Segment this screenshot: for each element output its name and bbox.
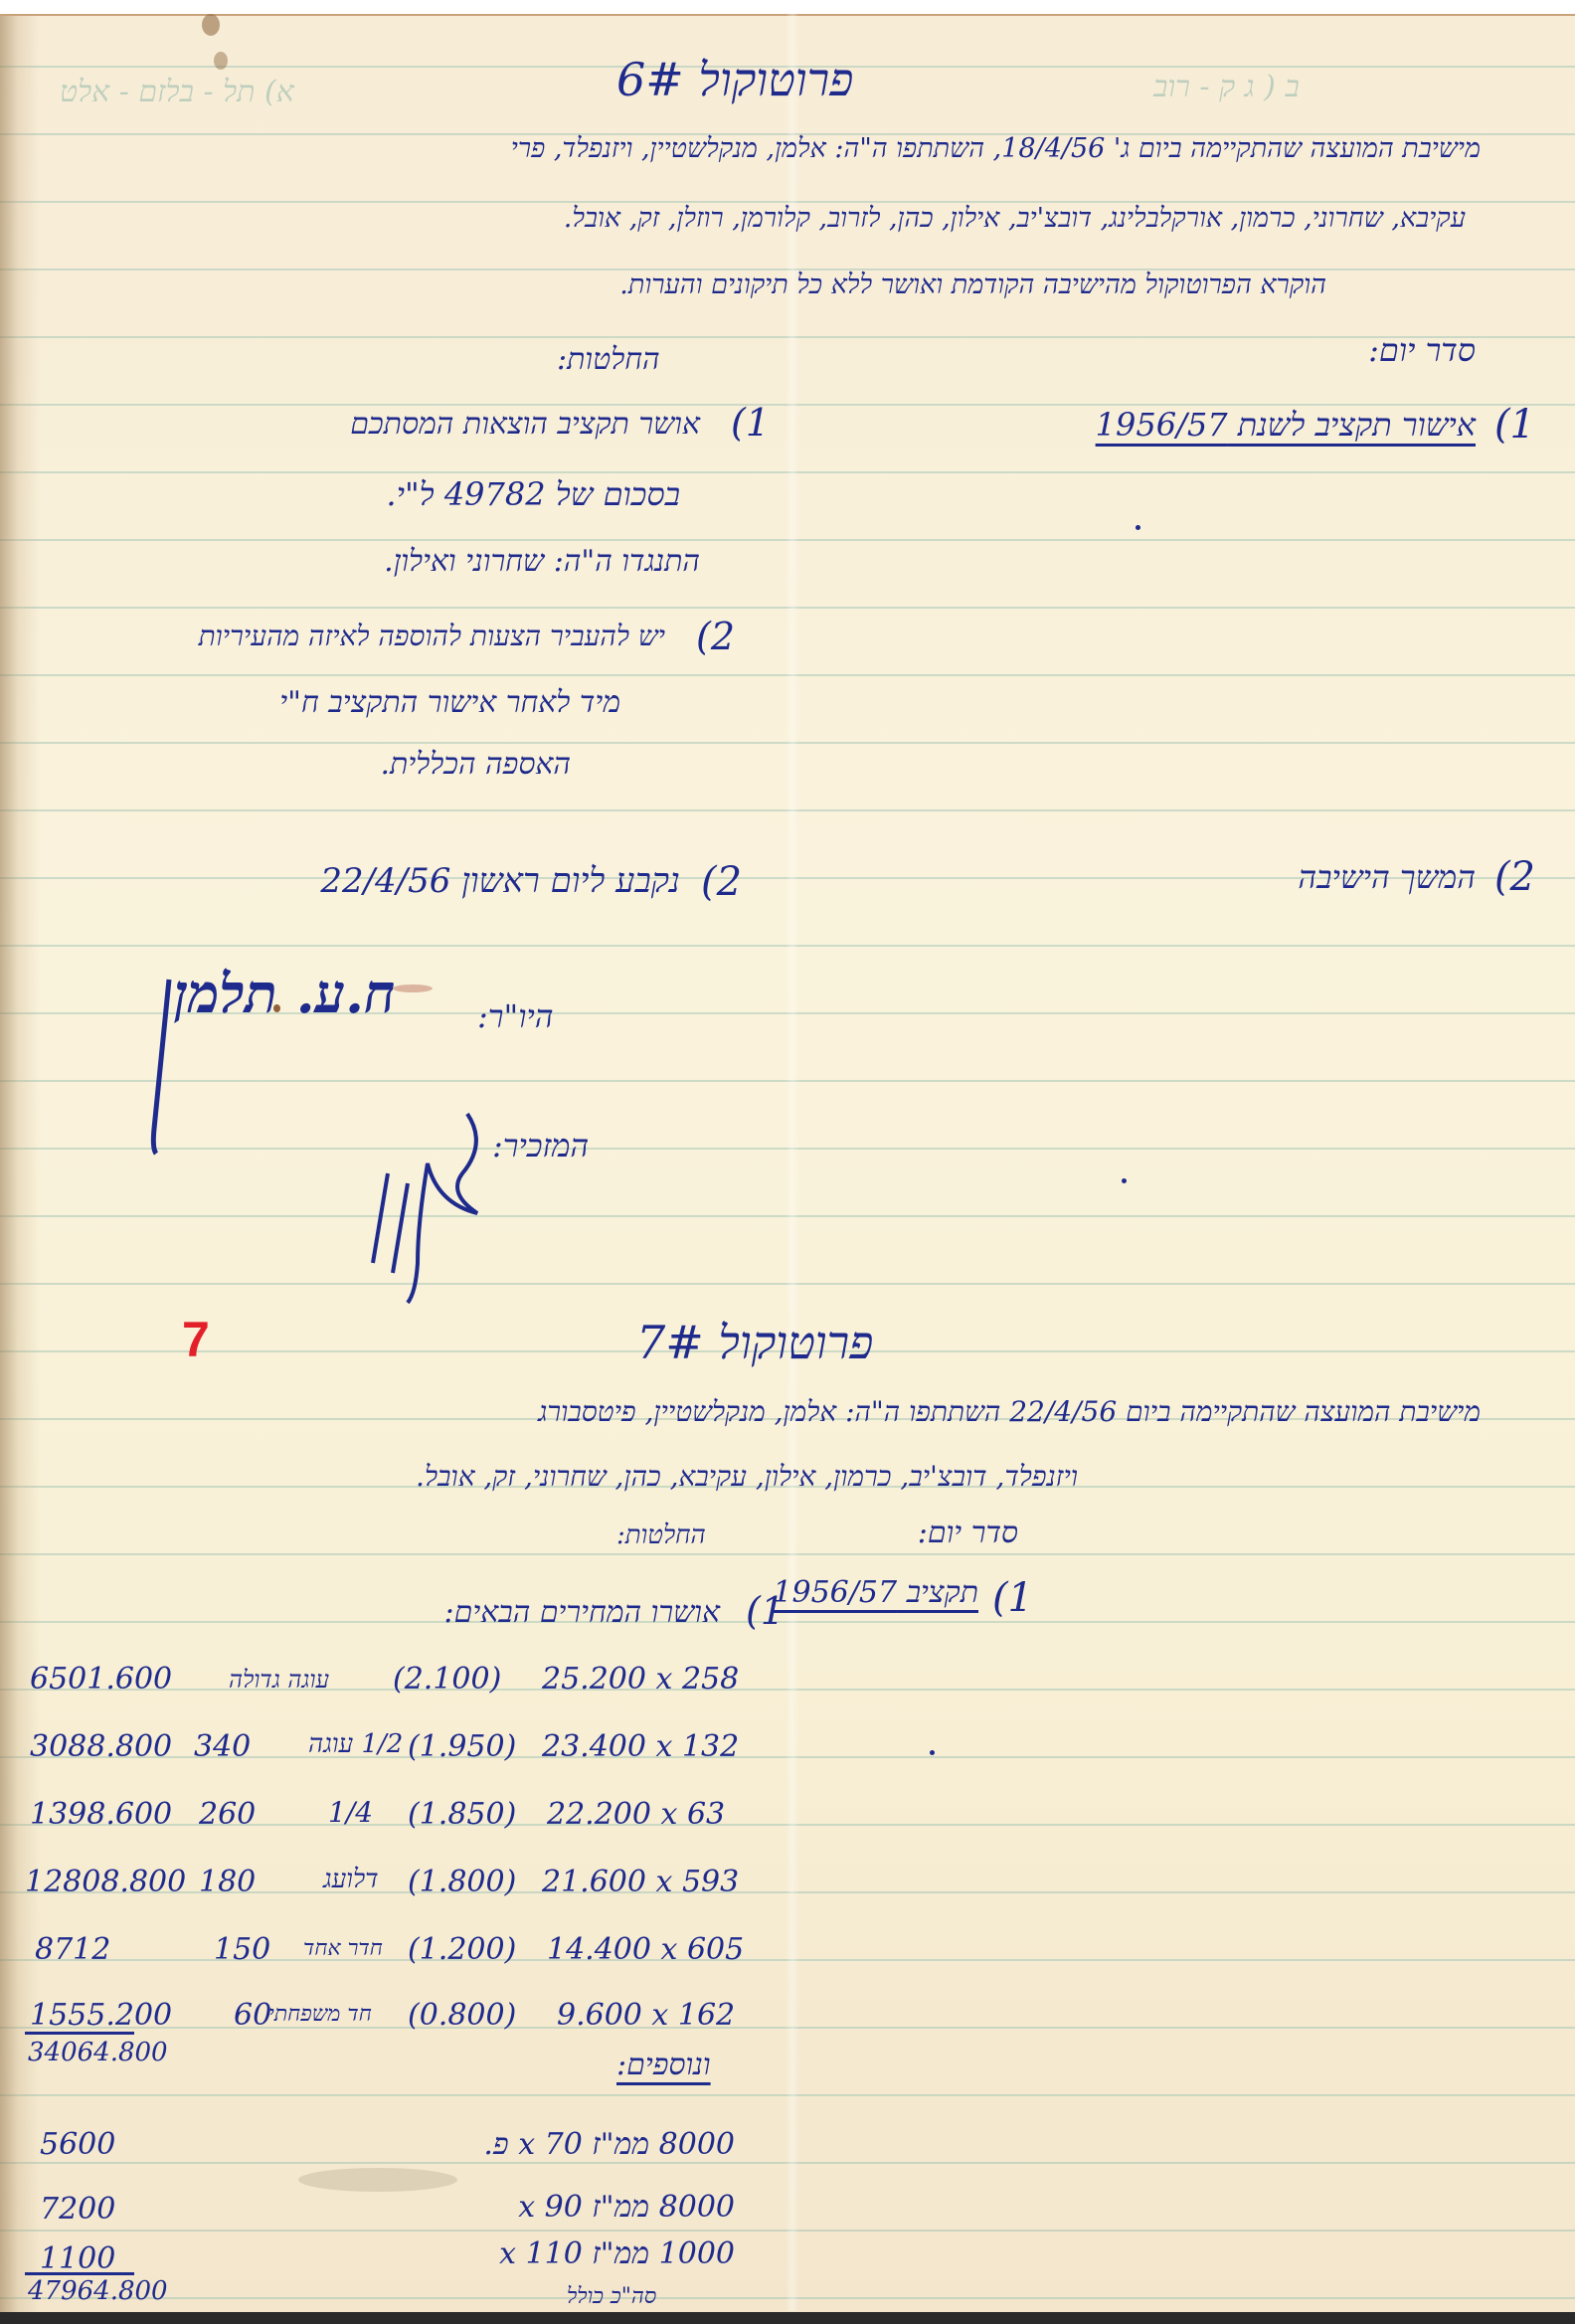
row-total: 8712 (35, 1933, 110, 1966)
bleed-through-text: ב ( ג ק - רוב (1153, 70, 1300, 104)
row-count: 340 (194, 1730, 251, 1763)
row-total: 12808.800 (25, 1866, 186, 1898)
subtotal: 34064.800 (28, 2039, 168, 2067)
page-fold (786, 14, 799, 2311)
protocol6-agenda-item-2: המשך הישיבה (1298, 860, 1476, 895)
stain (202, 14, 220, 36)
protocol6-decision-3-line1: נקבע ליום ראשון 22/4/56 (320, 863, 680, 900)
row-count: 180 (199, 1866, 256, 1898)
protocol6-decision-1-line2: בסכום של 49782 ל"י. (386, 477, 680, 512)
addition-amount: 7200 (40, 2193, 115, 2226)
addition-desc: 1000 ממ"ז x 110 (499, 2237, 735, 2270)
row-total: 1555.200 (30, 1999, 172, 2032)
row-desc: חד משפחתי (268, 2003, 372, 2027)
protocol6-decision-2-num: 2) (696, 617, 735, 658)
addition-desc: 8000 ממ"ז x 90 (518, 2191, 735, 2224)
row-count: 60 (234, 1999, 271, 2032)
ink-dot (1136, 525, 1140, 530)
protocol6-intro-line1: מישיבת המועצה שהתקיימה ביום ג' 18/4/56, … (511, 134, 1481, 164)
grand-total: 47964.800 (28, 2277, 168, 2306)
ink-dot (930, 1750, 935, 1755)
row-total: 3088.800 (30, 1730, 172, 1763)
protocol6-decisions-label: החלטות: (557, 343, 660, 376)
protocol6-decision-2-line1: יש להעביר הצעות להוספה לאיזה מהעיריות (199, 622, 665, 652)
protocol7-decisions-label: החלטות: (616, 1521, 706, 1550)
secretary-signature (358, 1104, 497, 1313)
notebook-page: א) תל - בלזם - אלט ב ( ג ק - רוב פרוטוקו… (0, 0, 1575, 2324)
additions-label: ונוספים: (616, 2049, 711, 2081)
protocol6-agenda-item-1-num: 1) (1494, 403, 1535, 447)
ink-dot (1122, 1178, 1127, 1183)
row-price: (1.950) (408, 1730, 516, 1763)
protocol6-decision-3-num: 2) (701, 860, 742, 904)
chairman-signature: ח.ע. תלמן (174, 965, 396, 1023)
section-marker: 7 (182, 1311, 210, 1368)
protocol7-title: פרוטוקול 7# (636, 1318, 873, 1368)
row-total: 1398.600 (30, 1798, 172, 1831)
row-desc: חדר אחד (303, 1937, 383, 1961)
addition-amount: 5600 (40, 2128, 115, 2161)
row-price: (0.800) (408, 1999, 516, 2032)
row-desc: דלועג (323, 1866, 379, 1894)
stain (298, 2168, 457, 2192)
row-rate: 23.400 x 132 (542, 1730, 739, 1763)
grand-total-line (25, 2272, 134, 2275)
secretary-label: המזכיר: (492, 1129, 589, 1163)
protocol7-intro-line1: מישיבת המועצה שהתקיימה ביום 22/4/56 השתת… (538, 1397, 1481, 1428)
protocol7-agenda-item-1: תקציב 1956/57 (773, 1576, 978, 1609)
row-rate: 22.200 x 63 (547, 1798, 725, 1831)
row-desc: עוגה גדולה (229, 1667, 329, 1693)
protocol6-intro-line2: עקיבא, שחרוני, כרמון, אורקלבלינג, דובצ'י… (564, 204, 1466, 234)
row-desc: 1/4 (328, 1798, 373, 1829)
protocol7-agenda-item-1-num: 1) (992, 1576, 1033, 1620)
stain (393, 984, 433, 992)
row-price: (2.100) (393, 1663, 501, 1696)
row-count: 260 (199, 1798, 256, 1831)
addition-desc: 8000 ממ"ז x 70 פ. (483, 2128, 735, 2161)
chairman-label: היו"ר: (477, 999, 554, 1034)
row-rate: 14.400 x 605 (547, 1933, 744, 1966)
protocol7-intro-line2: ויזנפלד, דובצ'יב, כרמון, אילון, עקיבא, כ… (416, 1462, 1078, 1493)
row-rate: 21.600 x 593 (542, 1866, 739, 1898)
subtotal-line (25, 2032, 134, 2035)
chairman-signature-stroke (134, 970, 194, 1168)
protocol6-agenda-item-2-num: 2) (1494, 855, 1535, 899)
row-desc: 1/2 עוגה (308, 1730, 403, 1759)
protocol6-decision-1-num: 1) (731, 403, 770, 445)
row-rate: 25.200 x 258 (542, 1663, 739, 1696)
protocol7-decision-1: אושרו המחירים הבאים: (444, 1596, 720, 1629)
row-total: 6501.600 (30, 1663, 172, 1696)
protocol7-agenda-label: סדר יום: (918, 1517, 1018, 1549)
protocol6-decision-2-line2: מיד לאחר אישור התקציב ח"י (279, 686, 620, 719)
stain (214, 52, 228, 70)
page-bottom-edge (0, 2312, 1575, 2324)
protocol6-title: פרוטוקול 6# (616, 55, 853, 105)
protocol6-intro-line3: הוקרא הפרוטוקול מהישיבה הקודמת ואושר ללא… (619, 270, 1326, 300)
row-rate: 9.600 x 162 (557, 1999, 735, 2032)
protocol6-decision-1-line1: אושר תקציב הוצאות המסתכם (350, 408, 700, 441)
addition-amount: 1100 (40, 2242, 115, 2275)
protocol6-decision-1-line3: התנגדו ה"ה: שחרוני ואילון. (384, 545, 700, 578)
row-price: (1.800) (408, 1866, 516, 1898)
protocol6-decision-2-line3: האספה הכללית. (381, 748, 571, 781)
row-count: 150 (214, 1933, 270, 1966)
protocol7-decision-1-num: 1) (746, 1591, 785, 1633)
protocol6-agenda-label: סדר יום: (1368, 333, 1476, 368)
row-price: (1.850) (408, 1798, 516, 1831)
bleed-through-text: א) תל - בלזם - אלט (60, 75, 294, 109)
protocol6-agenda-item-1: אישור תקציב לשנת 1956/57 (1096, 408, 1476, 443)
additions-note: סה"כ כולל (567, 2285, 656, 2309)
row-price: (1.200) (408, 1933, 516, 1966)
